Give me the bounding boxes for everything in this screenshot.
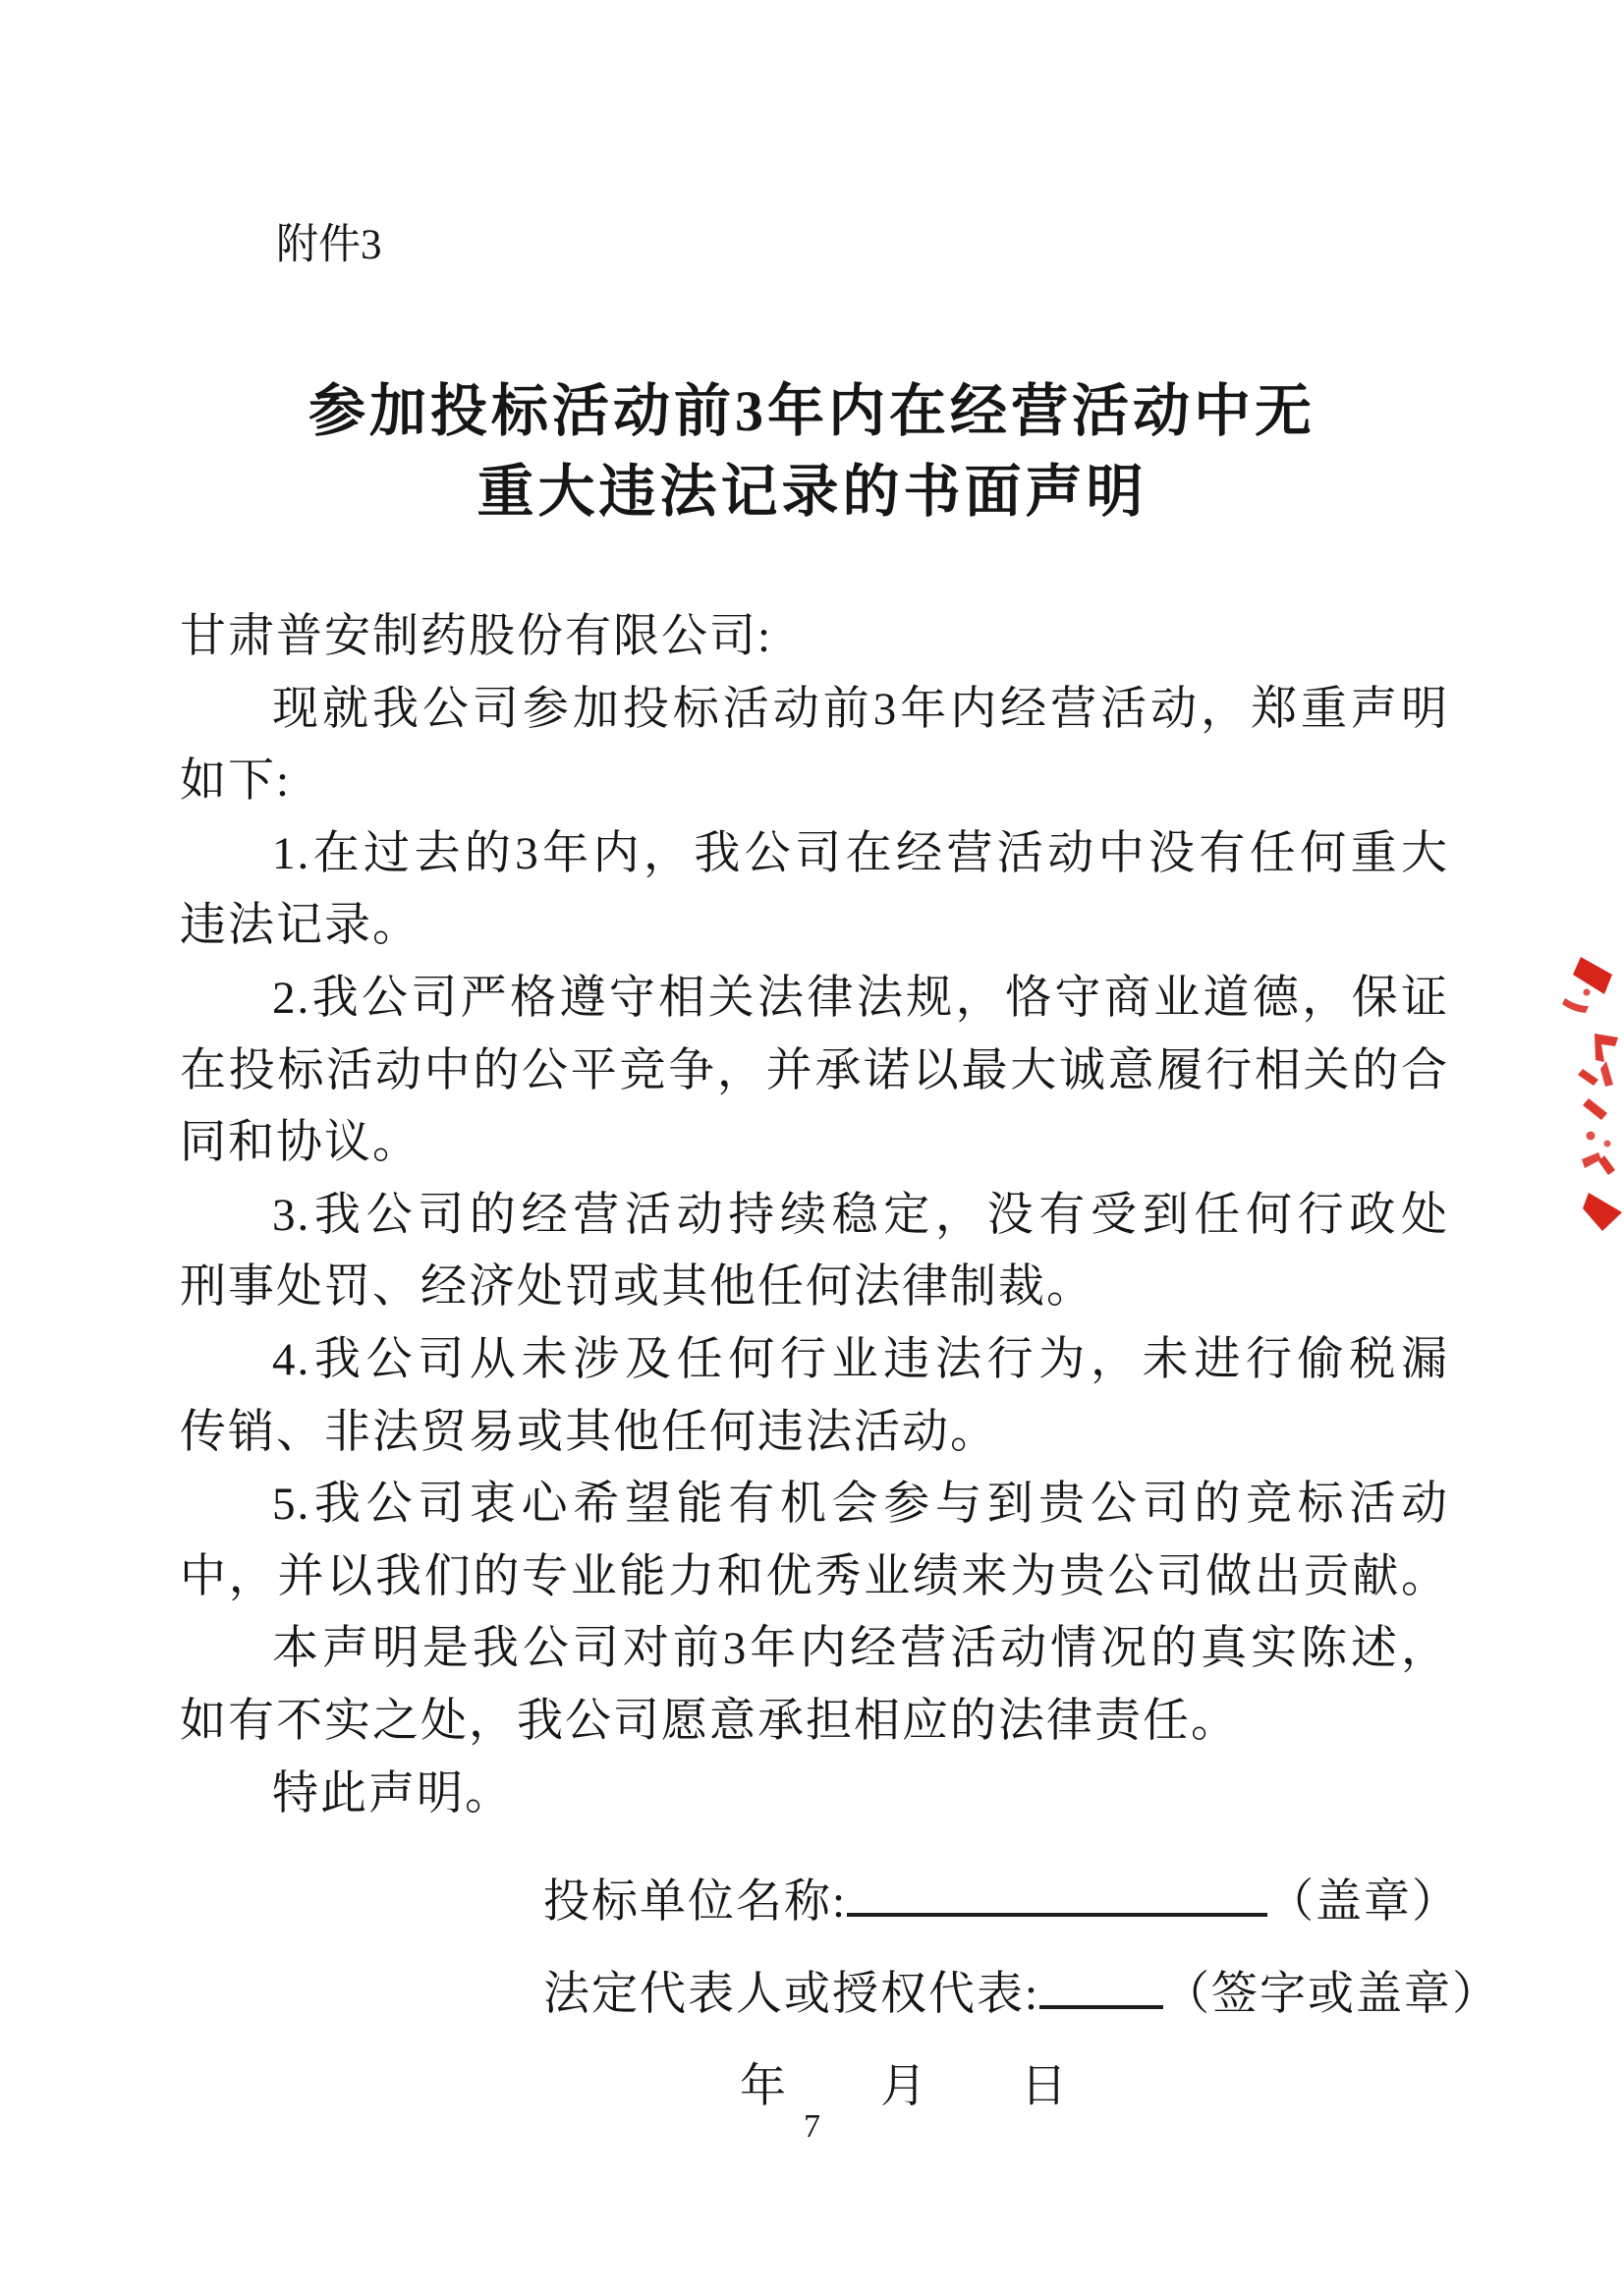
body-line: 违法记录。 <box>180 890 1449 963</box>
date-day-label: 日 <box>1021 2049 1067 2115</box>
body-line-item-2: 2.我公司严格遵守相关法律法规，恪守商业道德，保证 <box>180 963 1449 1036</box>
signature-date-line: 年 月 日 <box>740 2049 1067 2115</box>
title-line-1: 参加投标活动前3年内在经营活动中无 <box>0 371 1624 452</box>
body-line-item-4: 4.我公司从未涉及任何行业违法行为，未进行偷税漏税、 <box>180 1324 1449 1397</box>
body-line: 中，并以我们的专业能力和优秀业绩来为贵公司做出贡献。 <box>180 1541 1449 1614</box>
representative-label: 法定代表人或授权代表: <box>543 1969 1039 2020</box>
body-line: 现就我公司参加投标活动前3年内经营活动，郑重声明 <box>180 674 1449 747</box>
signature-representative-line: 法定代表人或授权代表:（签字或盖章） <box>543 1957 1500 2023</box>
signature-bidder-line: 投标单位名称:（盖章） <box>543 1865 1460 1931</box>
body-line: 刑事处罚、经济处罚或其他任何法律制裁。 <box>180 1252 1449 1324</box>
body-line: 同和协议。 <box>180 1107 1449 1180</box>
body-line-closing: 本声明是我公司对前3年内经营活动情况的真实陈述， <box>180 1613 1449 1686</box>
representative-seal-suffix: （签字或盖章） <box>1163 1969 1500 2020</box>
date-month-label: 月 <box>880 2049 926 2115</box>
body-line-item-5: 5.我公司衷心希望能有机会参与到贵公司的竞标活动 <box>180 1469 1449 1541</box>
bidder-seal-suffix: （盖章） <box>1267 1876 1460 1928</box>
bidder-name-blank <box>847 1872 1267 1917</box>
body-line-item-1: 1.在过去的3年内，我公司在经营活动中没有任何重大 <box>180 818 1449 891</box>
bidder-name-label: 投标单位名称: <box>543 1876 847 1928</box>
title-line-2: 重大违法记录的书面声明 <box>0 452 1624 532</box>
body-line: 传销、非法贸易或其他任何违法活动。 <box>180 1397 1449 1470</box>
red-seal-fragment-icon <box>1555 951 1624 1231</box>
body-line-salutation: 甘肃普安制药股份有限公司: <box>180 601 1449 674</box>
page-number: 7 <box>0 2108 1624 2146</box>
representative-blank <box>1039 1964 1163 2009</box>
body-line: 如下: <box>180 746 1449 818</box>
date-year-label: 年 <box>740 2049 786 2115</box>
document-page: 附件3 参加投标活动前3年内在经营活动中无 重大违法记录的书面声明 甘肃普安制药… <box>0 0 1624 2295</box>
body-line: 如有不实之处，我公司愿意承担相应的法律责任。 <box>180 1686 1449 1759</box>
body-line-declaration: 特此声明。 <box>180 1759 1449 1831</box>
body-line: 在投标活动中的公平竞争，并承诺以最大诚意履行相关的合 <box>180 1036 1449 1108</box>
attachment-label: 附件3 <box>276 218 382 273</box>
document-title: 参加投标活动前3年内在经营活动中无 重大违法记录的书面声明 <box>0 371 1624 532</box>
body-paragraphs: 甘肃普安制药股份有限公司: 现就我公司参加投标活动前3年内经营活动，郑重声明 如… <box>180 601 1449 1830</box>
body-line-item-3: 3.我公司的经营活动持续稳定，没有受到任何行政处罚、 <box>180 1180 1449 1253</box>
